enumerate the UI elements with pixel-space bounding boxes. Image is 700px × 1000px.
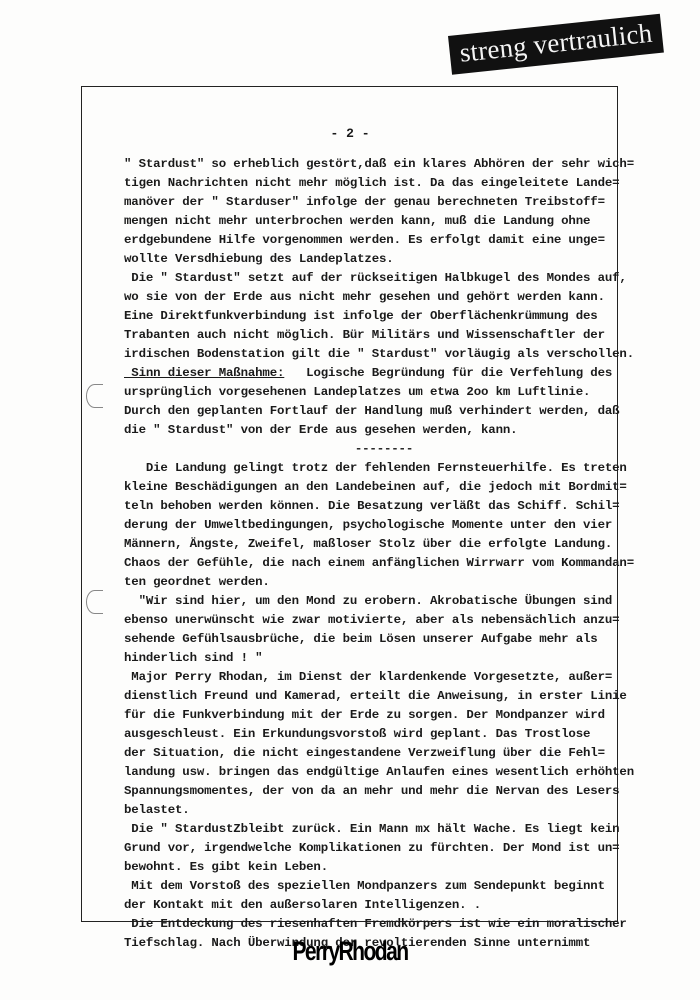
text-line: ten geordnet werden. bbox=[124, 573, 604, 592]
text-line: sehende Gefühlsausbrüche, die beim Lösen… bbox=[124, 630, 604, 649]
text-line: die " Stardust" von der Erde aus gesehen… bbox=[124, 421, 604, 440]
text-line: "Wir sind hier, um den Mond zu erobern. … bbox=[124, 592, 604, 611]
text-line: mengen nicht mehr unterbrochen werden ka… bbox=[124, 212, 604, 231]
text-line: für die Funkverbindung mit der Erde zu s… bbox=[124, 706, 604, 725]
text-line: tigen Nachrichten nicht mehr möglich ist… bbox=[124, 174, 604, 193]
text-line: dienstlich Freund und Kamerad, erteilt d… bbox=[124, 687, 604, 706]
text-line: manöver der " Starduser" infolge der gen… bbox=[124, 193, 604, 212]
text-line: kleine Beschädigungen an den Landebeinen… bbox=[124, 478, 604, 497]
text-line: ausgeschleust. Ein Erkundungsvorstoß wir… bbox=[124, 725, 604, 744]
text-line: bewohnt. Es gibt kein Leben. bbox=[124, 858, 604, 877]
text-line: der Situation, die nicht eingestandene V… bbox=[124, 744, 604, 763]
text-line: Die " StardustZbleibt zurück. Ein Mann m… bbox=[124, 820, 604, 839]
text-line: Die " Stardust" setzt auf der rückseitig… bbox=[124, 269, 604, 288]
page-number: - 2 - bbox=[0, 126, 700, 141]
text-line: wollte Versdhiebung des Landeplatzes. bbox=[124, 250, 604, 269]
confidential-stamp: streng vertraulich bbox=[448, 14, 664, 75]
perry-rhodan-logo: PerryRhodan bbox=[77, 936, 623, 967]
text-line: landung usw. bringen das endgültige Anla… bbox=[124, 763, 604, 782]
text-line: Mit dem Vorstoß des speziellen Mondpanze… bbox=[124, 877, 604, 896]
text-line: hinderlich sind ! " bbox=[124, 649, 604, 668]
section-separator: -------- bbox=[124, 440, 604, 459]
text-line: " Stardust" so erheblich gestört,daß ein… bbox=[124, 155, 604, 174]
punch-hole-icon bbox=[86, 384, 103, 408]
text-line: Trabanten auch nicht möglich. Bür Militä… bbox=[124, 326, 604, 345]
text-line: belastet. bbox=[124, 801, 604, 820]
text-line: Spannungsmomentes, der von da an mehr un… bbox=[124, 782, 604, 801]
text-line: Eine Direktfunkverbindung ist infolge de… bbox=[124, 307, 604, 326]
text-line: ebenso unerwünscht wie zwar motivierte, … bbox=[124, 611, 604, 630]
text-line: Die Landung gelingt trotz der fehlenden … bbox=[124, 459, 604, 478]
text-span: Logische Begründung für die Verfehlung d… bbox=[284, 366, 612, 380]
text-line: Durch den geplanten Fortlauf der Handlun… bbox=[124, 402, 604, 421]
punch-hole-icon bbox=[86, 590, 103, 614]
text-line: erdgebundene Hilfe vorgenommen werden. E… bbox=[124, 231, 604, 250]
text-line: der Kontakt mit den außersolaren Intelli… bbox=[124, 896, 604, 915]
text-line: Die Entdeckung des riesenhaften Fremdkör… bbox=[124, 915, 604, 934]
section-heading: Sinn dieser Maßnahme: bbox=[124, 366, 284, 380]
typewritten-body: " Stardust" so erheblich gestört,daß ein… bbox=[124, 155, 604, 953]
text-line: derung der Umweltbedingungen, psychologi… bbox=[124, 516, 604, 535]
text-line: wo sie von der Erde aus nicht mehr geseh… bbox=[124, 288, 604, 307]
text-line: ursprünglich vorgesehenen Landeplatzes u… bbox=[124, 383, 604, 402]
text-line: Chaos der Gefühle, die nach einem anfäng… bbox=[124, 554, 604, 573]
text-line: teln behoben werden können. Die Besatzun… bbox=[124, 497, 604, 516]
text-line: irdischen Bodenstation gilt die " Stardu… bbox=[124, 345, 604, 364]
text-line: Major Perry Rhodan, im Dienst der klarde… bbox=[124, 668, 604, 687]
text-line: Grund vor, irgendwelche Komplikationen z… bbox=[124, 839, 604, 858]
sinn-line: Sinn dieser Maßnahme: Logische Begründun… bbox=[124, 364, 604, 383]
text-line: Männern, Ängste, Zweifel, maßloser Stolz… bbox=[124, 535, 604, 554]
